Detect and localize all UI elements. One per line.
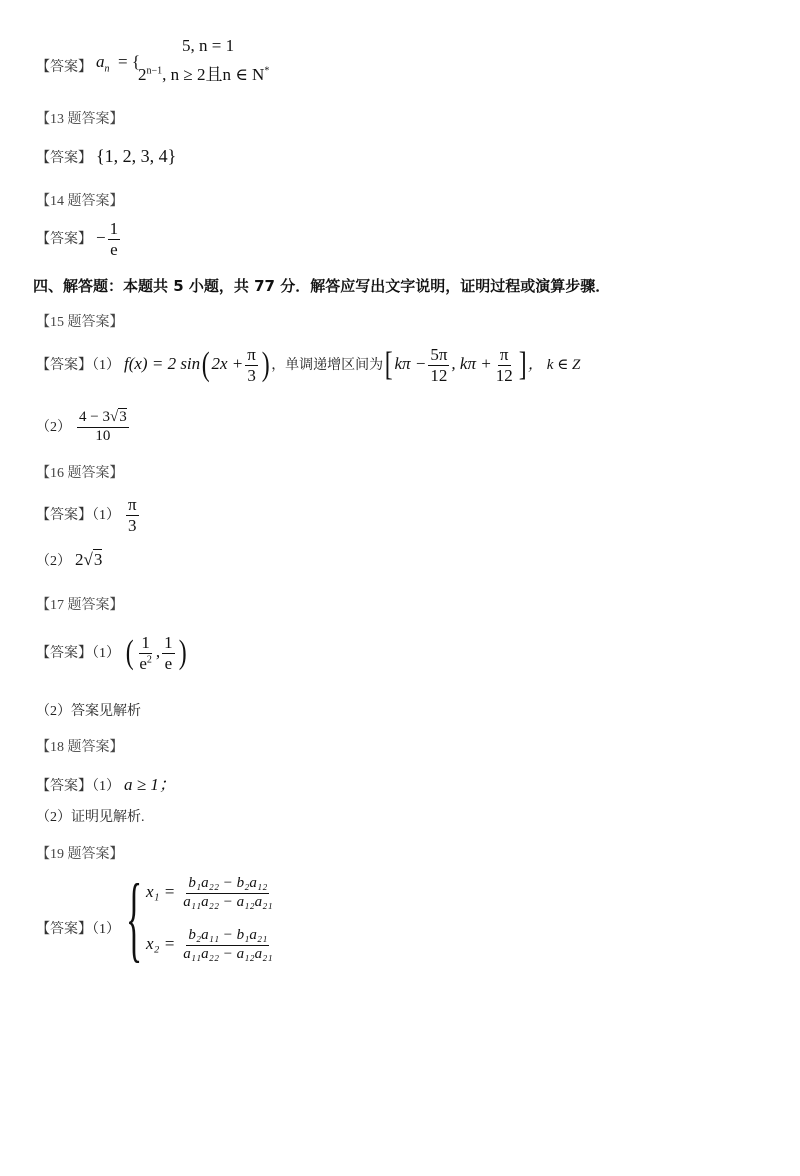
q13-header: 【13 题答案】: [36, 108, 124, 128]
q15-header: 【15 题答案】: [36, 311, 124, 331]
q18-part2: （2）证明见解析.: [36, 806, 145, 826]
answer-label: 【答案】: [36, 922, 92, 937]
left-brace: {: [126, 870, 142, 966]
answer-set: {1, 2, 3, 4}: [96, 146, 176, 166]
q16-part2: （2） 2√3: [36, 550, 102, 570]
part-label: （2）: [36, 554, 71, 569]
section-title: 四、解答题：本题共 5 小题，共 77 分．解答应写出文字说明，证明过程或演算步…: [33, 275, 610, 296]
part-label: （1）: [92, 779, 120, 794]
q17-part2: （2）答案见解析: [36, 700, 141, 720]
case-2: 2n−1, n ≥ 2且n ∈ N*: [138, 60, 269, 85]
minus-sign: −: [96, 228, 106, 247]
q19-header: 【19 题答案】: [36, 843, 124, 863]
q18-header: 【18 题答案】: [36, 736, 124, 756]
part-label: （2）: [36, 810, 71, 825]
q13-answer: 【答案】 {1, 2, 3, 4}: [36, 146, 176, 167]
q14-answer: 【答案】 −1e: [36, 220, 122, 259]
x2-equation: x₂ = b₂a₁₁ − b₁a₂₁a₁₁a₂₂ − a₁₂a₂₁: [146, 928, 277, 963]
q17-header: 【17 题答案】: [36, 594, 124, 614]
answer-label: 【答案】: [36, 151, 92, 166]
x1-equation: x₁ = b₁a₂₂ − b₂a₁₂a₁₁a₂₂ − a₁₂a₂₁: [146, 876, 277, 911]
answer-label: 【答案】: [36, 358, 92, 373]
part-label: （1）: [92, 358, 120, 373]
sequence-term: an: [96, 52, 110, 74]
q18-part1: 【答案】（1） a ≥ 1；: [36, 770, 176, 795]
q17-part1: 【答案】（1） (1e2,1e): [36, 634, 188, 673]
case-1: 5, n = 1: [182, 36, 234, 56]
answer-label: 【答案】: [36, 646, 92, 661]
part-label: （2）: [36, 420, 71, 435]
fraction: π3: [126, 496, 139, 535]
q15-part2: （2） 4 − 3√310: [36, 410, 131, 445]
interval-text: ，单调递增区间为: [271, 358, 383, 373]
part-text: 答案见解析: [71, 704, 141, 719]
answer-label: 【答案】: [36, 56, 92, 76]
part-label: （1）: [92, 508, 120, 523]
k-condition: ， k ∈ Z: [528, 357, 580, 373]
function-expression: f(x) = 2 sin: [124, 354, 200, 373]
q16-part1: 【答案】（1） π3: [36, 496, 141, 535]
part-label: （1）: [92, 646, 120, 661]
answer-label: 【答案】: [36, 232, 92, 247]
q16-header: 【16 题答案】: [36, 462, 124, 482]
q15-part1: 【答案】（1） f(x) = 2 sin(2x +π3)，单调递增区间为[kπ …: [36, 346, 580, 385]
part-label: （2）: [36, 704, 71, 719]
part-label: （1）: [92, 922, 120, 937]
part-text: a ≥ 1；: [124, 775, 176, 794]
answer-label: 【答案】: [36, 508, 92, 523]
fraction: 1e: [108, 220, 121, 259]
fraction: 4 − 3√310: [77, 410, 129, 445]
q14-header: 【14 题答案】: [36, 190, 124, 210]
equals-brace: = {: [118, 52, 140, 72]
answer-label: 【答案】: [36, 779, 92, 794]
part-text: 证明见解析.: [71, 810, 145, 825]
